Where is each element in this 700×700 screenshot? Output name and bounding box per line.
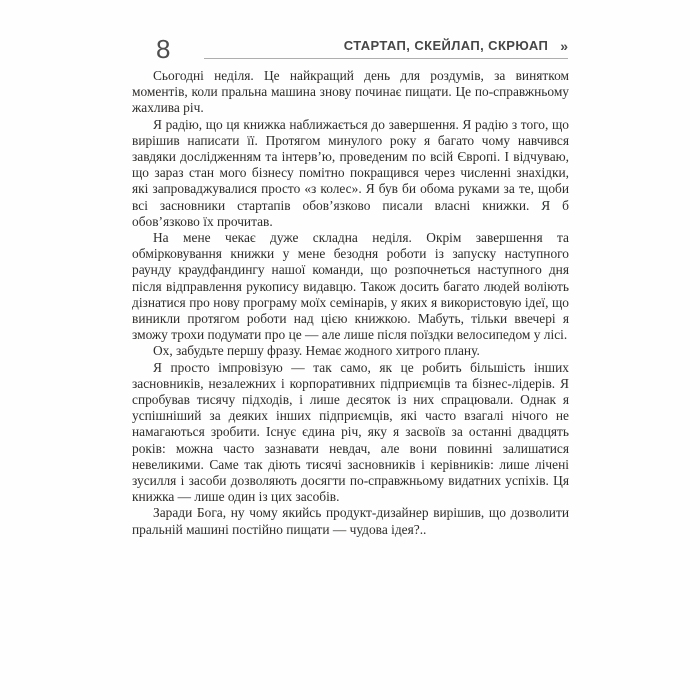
body-paragraph: Заради Бога, ну чому якийсь продукт-диза… bbox=[132, 505, 569, 537]
running-head-title: СТАРТАП, СКЕЙЛАП, СКРЮАП bbox=[344, 38, 548, 54]
body-paragraph: Я радію, що ця книжка наближається до за… bbox=[132, 117, 569, 230]
running-head: СТАРТАП, СКЕЙЛАП, СКРЮАП» bbox=[204, 36, 568, 59]
book-page: 8 СТАРТАП, СКЕЙЛАП, СКРЮАП» Сьогодні нед… bbox=[0, 0, 700, 700]
body-paragraph: Я просто імпровізую — так само, як це ро… bbox=[132, 360, 569, 506]
body-paragraph: Сьогодні неділя. Це найкращий день для р… bbox=[132, 68, 569, 117]
double-chevron-icon: » bbox=[560, 38, 568, 54]
body-paragraph: На мене чекає дуже складна неділя. Окрім… bbox=[132, 230, 569, 343]
page-number: 8 bbox=[156, 36, 170, 62]
body-paragraph: Ох, забудьте першу фразу. Немає жодного … bbox=[132, 343, 569, 359]
body-text-column: Сьогодні неділя. Це найкращий день для р… bbox=[132, 68, 569, 538]
